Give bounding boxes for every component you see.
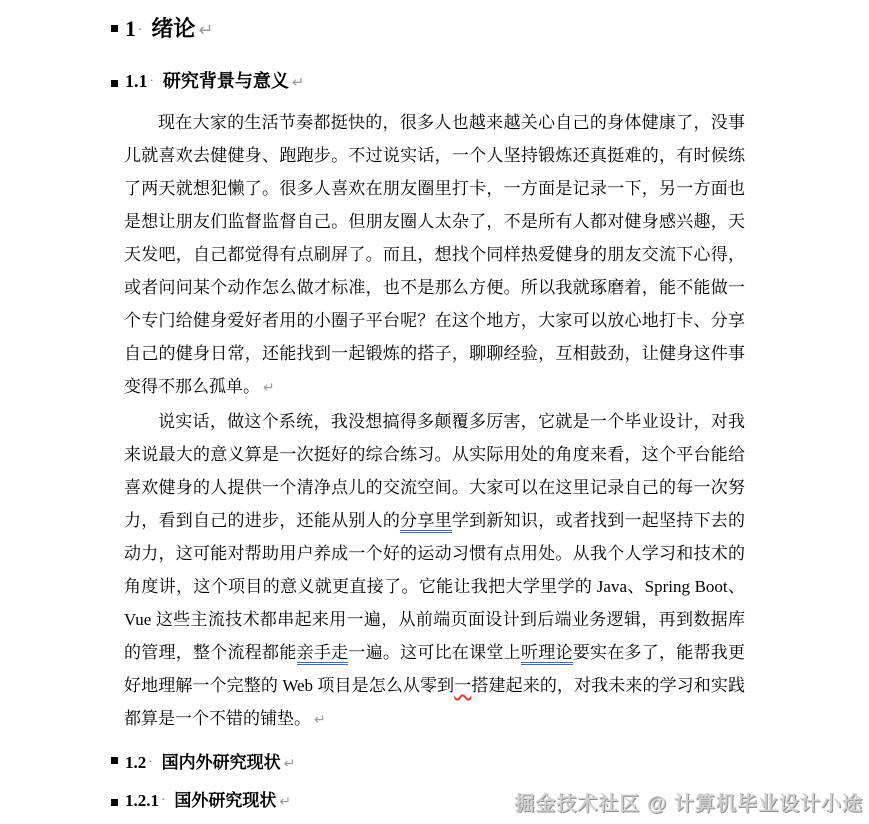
space-mark-icon: · bbox=[148, 753, 152, 768]
paragraph-mark-icon: ↵ bbox=[314, 712, 326, 728]
heading-bullet-icon bbox=[111, 757, 118, 764]
paragraph-mark-icon: ↵ bbox=[263, 380, 275, 396]
heading-chapter-1: 1·绪论↵ bbox=[124, 16, 745, 44]
grammar-flagged-text: 听理论 bbox=[521, 643, 573, 665]
heading-1-2: 1.2·国内外研究现状↵ bbox=[124, 751, 745, 774]
watermark: 掘金技术社区 @ 计算机毕业设计小途 bbox=[514, 787, 863, 816]
document-page: 1·绪论↵ 1.1·研究背景与意义↵ 现在大家的生活节奏都挺快的，很多人也越来越… bbox=[0, 0, 869, 824]
heading-title: 国外研究现状 bbox=[174, 791, 276, 810]
heading-bullet-icon bbox=[111, 799, 118, 806]
heading-bullet-icon bbox=[111, 25, 118, 32]
space-mark-icon: · bbox=[150, 72, 154, 87]
text-run: 现在大家的生活节奏都挺快的，很多人也越来越关心自己的身体健康了，没事儿就喜欢去健… bbox=[124, 113, 745, 396]
grammar-flagged-text: 亲手走 bbox=[297, 643, 349, 665]
paragraph-mark-icon: ↵ bbox=[292, 74, 304, 91]
paragraph-mark-icon: ↵ bbox=[198, 20, 213, 41]
space-mark-icon: · bbox=[161, 791, 165, 806]
text-run: 一遍。这可比在课堂上 bbox=[348, 643, 521, 662]
space-mark-icon: · bbox=[138, 21, 142, 36]
heading-title: 研究背景与意义 bbox=[163, 71, 289, 91]
heading-bullet-icon bbox=[111, 80, 118, 87]
paragraph-mark-icon: ↵ bbox=[279, 794, 291, 810]
heading-number: 1.2.1 bbox=[125, 791, 159, 810]
document-content: 1·绪论↵ 1.1·研究背景与意义↵ 现在大家的生活节奏都挺快的，很多人也越来越… bbox=[0, 0, 869, 812]
spelling-flagged-text: 一 bbox=[454, 676, 471, 695]
heading-number: 1.2 bbox=[125, 753, 146, 772]
grammar-flagged-text: 分享里 bbox=[400, 511, 452, 533]
heading-1-1: 1.1·研究背景与意义↵ bbox=[124, 69, 745, 93]
paragraph-1: 现在大家的生活节奏都挺快的，很多人也越来越关心自己的身体健康了，没事儿就喜欢去健… bbox=[124, 106, 745, 405]
heading-number: 1 bbox=[125, 16, 136, 41]
heading-title: 国内外研究现状 bbox=[162, 753, 281, 772]
paragraph-2: 说实话，做这个系统，我没想搞得多颠覆多厉害，它就是一个毕业设计，对我来说最大的意… bbox=[124, 405, 745, 737]
heading-title: 绪论 bbox=[151, 16, 195, 41]
heading-number: 1.1 bbox=[125, 71, 148, 91]
text-run: 学到新知识，或者找到一起坚持下去的动力，这可能对帮助用户养成一个好的运动习惯有点… bbox=[124, 511, 745, 662]
paragraph-mark-icon: ↵ bbox=[284, 756, 296, 772]
